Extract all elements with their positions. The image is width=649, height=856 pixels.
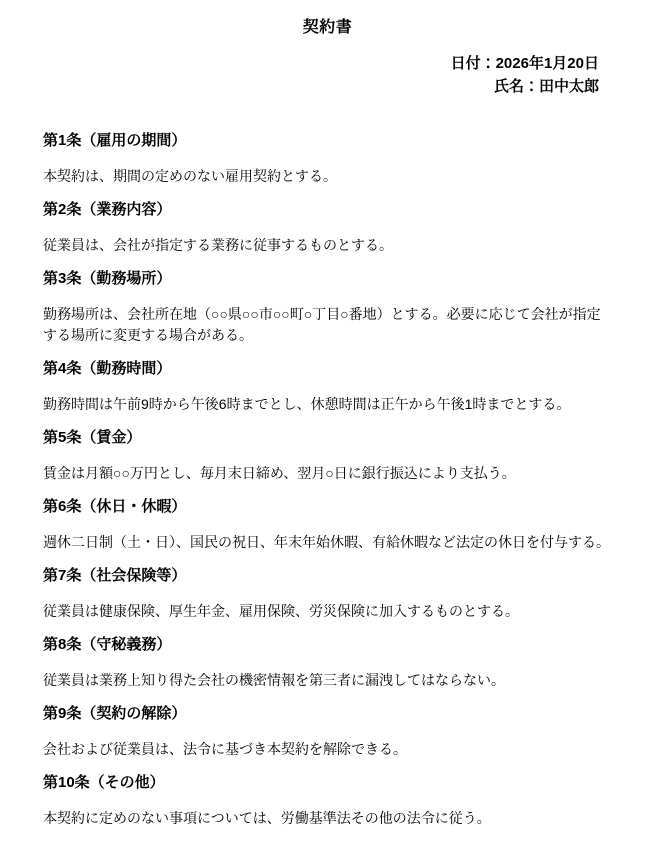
article-body: 本契約は、期間の定めのない雇用契約とする。	[43, 166, 612, 187]
article-section-8: 第8条（守秘義務） 従業員は業務上知り得た会社の機密情報を第三者に漏洩してはなら…	[43, 635, 612, 691]
article-section-6: 第6条（休日・休暇） 週休二日制（土・日）、国民の祝日、年末年始休暇、有給休暇な…	[43, 497, 612, 553]
article-heading: 第8条（守秘義務）	[43, 635, 612, 655]
article-section-3: 第3条（勤務場所） 勤務場所は、会社所在地（○○県○○市○○町○丁目○番地）とす…	[43, 269, 612, 346]
article-body: 週休二日制（土・日）、国民の祝日、年末年始休暇、有給休暇など法定の休日を付与する…	[43, 532, 612, 553]
articles-list: 第1条（雇用の期間） 本契約は、期間の定めのない雇用契約とする。 第2条（業務内…	[43, 131, 612, 829]
article-body: 本契約に定めのない事項については、労働基準法その他の法令に従う。	[43, 808, 612, 829]
document-title: 契約書	[43, 18, 612, 38]
article-heading: 第10条（その他）	[43, 773, 612, 793]
article-body: 賃金は月額○○万円とし、毎月末日締め、翌月○日に銀行振込により支払う。	[43, 463, 612, 484]
article-heading: 第4条（勤務時間）	[43, 359, 612, 379]
article-body: 従業員は、会社が指定する業務に従事するものとする。	[43, 235, 612, 256]
article-body: 従業員は健康保険、厚生年金、雇用保険、労災保険に加入するものとする。	[43, 601, 612, 622]
article-heading: 第3条（勤務場所）	[43, 269, 612, 289]
name-line: 氏名：田中太郎	[43, 75, 599, 98]
article-heading: 第5条（賃金）	[43, 428, 612, 448]
document-meta: 日付：2026年1月20日 氏名：田中太郎	[43, 52, 612, 98]
article-section-2: 第2条（業務内容） 従業員は、会社が指定する業務に従事するものとする。	[43, 200, 612, 256]
article-section-9: 第9条（契約の解除） 会社および従業員は、法令に基づき本契約を解除できる。	[43, 704, 612, 760]
article-body: 勤務場所は、会社所在地（○○県○○市○○町○丁目○番地）とする。必要に応じて会社…	[43, 304, 612, 346]
article-section-7: 第7条（社会保険等） 従業員は健康保険、厚生年金、雇用保険、労災保険に加入するも…	[43, 566, 612, 622]
article-heading: 第2条（業務内容）	[43, 200, 612, 220]
article-heading: 第9条（契約の解除）	[43, 704, 612, 724]
article-section-5: 第5条（賃金） 賃金は月額○○万円とし、毎月末日締め、翌月○日に銀行振込により支…	[43, 428, 612, 484]
article-body: 勤務時間は午前9時から午後6時までとし、休憩時間は正午から午後1時までとする。	[43, 394, 612, 415]
article-section-1: 第1条（雇用の期間） 本契約は、期間の定めのない雇用契約とする。	[43, 131, 612, 187]
article-body: 会社および従業員は、法令に基づき本契約を解除できる。	[43, 739, 612, 760]
article-heading: 第6条（休日・休暇）	[43, 497, 612, 517]
article-body: 従業員は業務上知り得た会社の機密情報を第三者に漏洩してはならない。	[43, 670, 612, 691]
date-line: 日付：2026年1月20日	[43, 52, 599, 75]
article-section-4: 第4条（勤務時間） 勤務時間は午前9時から午後6時までとし、休憩時間は正午から午…	[43, 359, 612, 415]
article-section-10: 第10条（その他） 本契約に定めのない事項については、労働基準法その他の法令に従…	[43, 773, 612, 829]
contract-document-page: 契約書 日付：2026年1月20日 氏名：田中太郎 第1条（雇用の期間） 本契約…	[0, 0, 649, 856]
article-heading: 第7条（社会保険等）	[43, 566, 612, 586]
article-heading: 第1条（雇用の期間）	[43, 131, 612, 151]
